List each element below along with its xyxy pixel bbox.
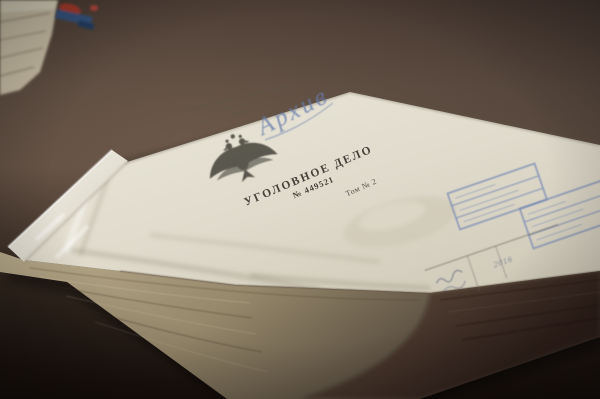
vignette-overlay xyxy=(0,0,600,399)
photo-canvas: Следственное управление Следственного ко… xyxy=(0,0,600,399)
photo-case-file-on-desk: Следственное управление Следственного ко… xyxy=(0,0,600,399)
